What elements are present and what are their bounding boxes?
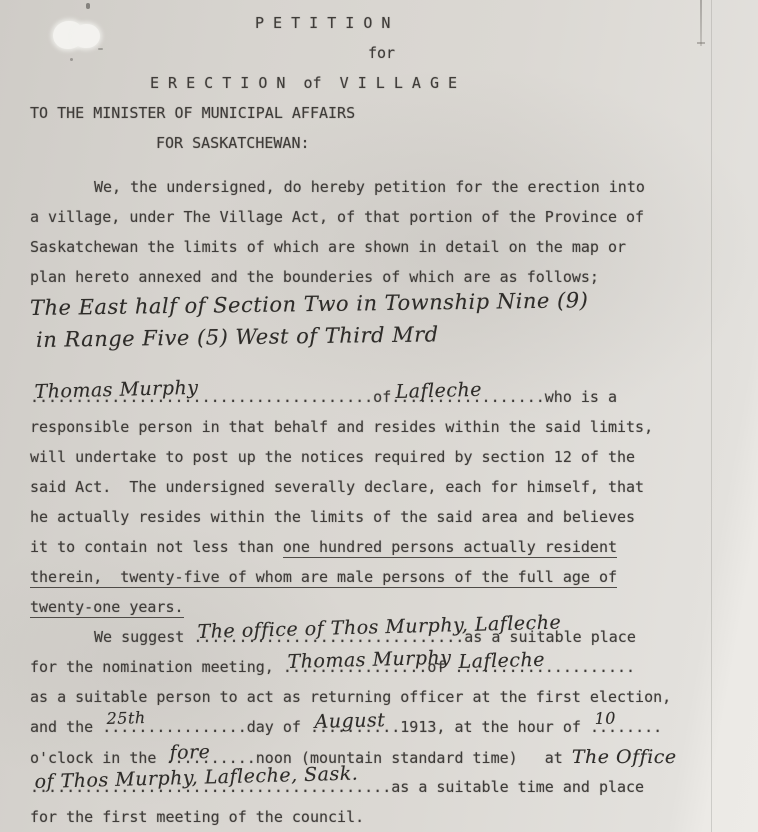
underlined-clause: one hundred persons actually resident (283, 538, 617, 558)
petition-body-line: Saskatchewan the limits of which are sho… (30, 232, 718, 262)
page-edge-line (711, 0, 712, 832)
ink-speck (98, 48, 103, 50)
ink-speck (70, 58, 73, 61)
petition-body-line: will undertake to post up the notices re… (30, 442, 718, 472)
document-title-line-2: for (30, 38, 718, 68)
handwritten-office-start: The Office (572, 746, 677, 768)
petition-body-line: for the first meeting of the council. (30, 802, 718, 832)
petition-body-line: said Act. The undersigned severally decl… (30, 472, 718, 502)
dotted-blank: ..........August (310, 712, 400, 742)
addressee-province-line: FOR SASKATCHEWAN: (30, 128, 718, 158)
scanned-petition-document: P E T I T I O N for E R E C T I O N of V… (0, 0, 758, 832)
handwritten-hour: 10 (594, 703, 616, 734)
typed-text: who is a (545, 388, 617, 406)
petition-body-line: responsible person in that behalf and re… (30, 412, 718, 442)
petition-body-line: it to contain not less than one hundred … (30, 532, 718, 562)
typed-text: .......as a suitable time and place (328, 778, 644, 796)
petition-body-line: a village, under The Village Act, of tha… (30, 202, 718, 232)
dotted-blank: .................Lafleche (391, 382, 545, 412)
meeting-place-line: .................................of Thos… (30, 772, 718, 802)
ink-speck (86, 3, 90, 9)
dotted-blank: .................................of Thos… (30, 772, 328, 802)
petition-body-line: We, the undersigned, do hereby petition … (30, 172, 718, 202)
underlined-clause: twenty-one years. (30, 598, 184, 618)
handwritten-day: 25th (106, 703, 146, 734)
handwritten-name: Thomas Murphy (287, 643, 452, 677)
handwritten-name: Thomas Murphy (34, 373, 199, 407)
handwritten-place: Lafleche (395, 375, 482, 407)
handwritten-month: August (314, 705, 386, 737)
date-line: and the ................25thday of .....… (30, 712, 718, 742)
addressee-line: TO THE MINISTER OF MUNICIPAL AFFAIRS (30, 98, 718, 128)
document-title-line-1: P E T I T I O N (30, 8, 718, 38)
dotted-blank: ........10 (590, 712, 662, 742)
paper-tear-mark (74, 24, 100, 48)
underlined-clause: therein, twenty-five of whom are male pe… (30, 568, 617, 588)
nomination-meeting-line: for the nomination meeting, ............… (30, 652, 718, 682)
scan-artifact-line (700, 0, 702, 46)
dotted-blank: ......................................Th… (30, 382, 373, 412)
handwritten-place: Lafleche (459, 645, 546, 677)
typed-text: for the nomination meeting, (30, 658, 283, 676)
typed-text: it to contain not less than (30, 538, 283, 556)
petition-body-line: therein, twenty-five of whom are male pe… (30, 562, 718, 592)
typed-text: of (373, 388, 391, 406)
document-title-line-3: E R E C T I O N of V I L L A G E (30, 68, 718, 98)
dotted-blank: ....................Lafleche (454, 652, 635, 682)
typed-text: day of (247, 718, 310, 736)
typed-text: 1913, at the hour of (400, 718, 590, 736)
typed-text: and the (30, 718, 102, 736)
typed-text: We suggest (94, 628, 193, 646)
responsible-person-line: ......................................Th… (30, 382, 718, 412)
petition-body-line: he actually resides within the limits of… (30, 502, 718, 532)
dotted-blank: ..............Thomas Murphy (283, 652, 409, 682)
